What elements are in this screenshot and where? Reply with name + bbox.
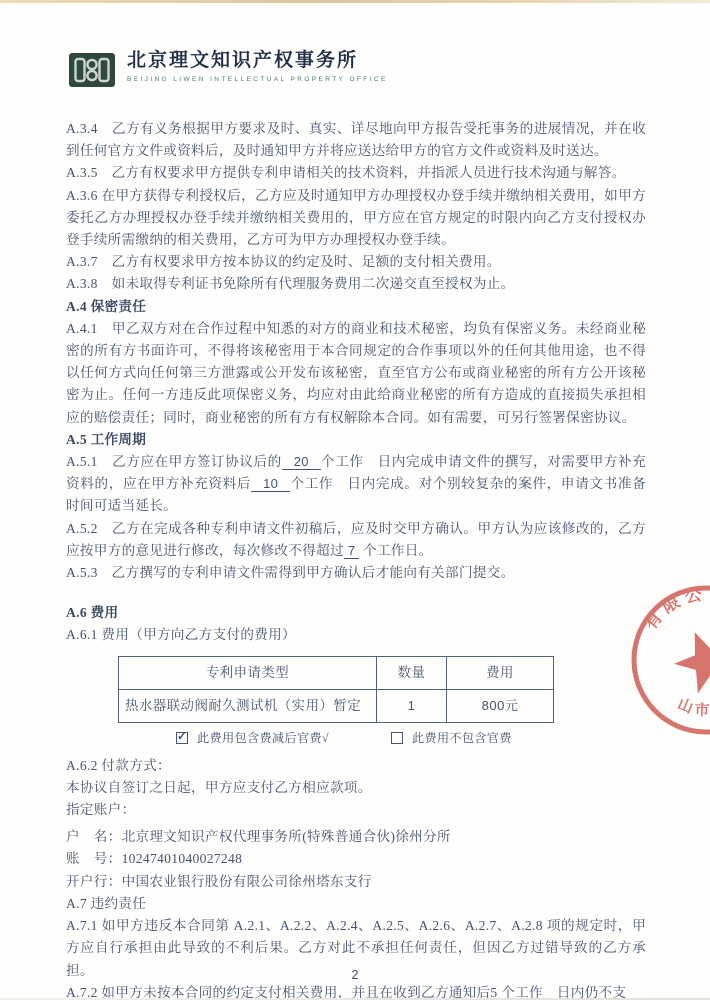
text-run: A.3.8 如未取得专利证书免除所有代理服务费用二次递交直至授权为止。	[66, 276, 515, 291]
clause-a-3-6: A.3.6 在甲方获得专利授权后，乙方应及时通知甲方办理授权办登手续并缴纳相关费…	[66, 185, 646, 252]
document-body: A.3.4 乙方有义务根据甲方要求及时、真实、详尽地向甲方报告受托事务的进展情况…	[66, 118, 646, 1000]
letterhead: 北京理文知识产权事务所 BEIJING LIWEN INTELLECTUAL P…	[68, 50, 388, 88]
fee-table-cell: 800元	[447, 689, 554, 722]
fee-table-header: 专利申请类型	[119, 656, 377, 689]
text-run: A.3.5 乙方有权要求甲方提供专利申请相关的技术资料，并指派人员进行技术沟通与…	[66, 165, 626, 180]
text-run: A.3.4 乙方有义务根据甲方要求及时、真实、详尽地向甲方报告受托事务的进展情况…	[66, 121, 646, 158]
clause-a-4-1: A.4.1 甲乙双方对在合作过程中知悉的对方的商业和技术秘密，均负有保密义务。未…	[66, 318, 646, 429]
fee-table-header: 数量	[377, 656, 447, 689]
fee-option: 此费用不包含官费	[391, 730, 512, 746]
checked-checkbox-icon	[176, 732, 188, 744]
fee-table-row: 热水器联动阀耐久测试机（实用）暂定1800元	[119, 689, 554, 722]
filled-blank-value: 20	[282, 454, 321, 470]
clause-a-6-1: A.6.1 费用（甲方向乙方支付的费用）	[66, 624, 646, 646]
fee-checkboxes: 此费用包含费减后官费√此费用不包含官费	[176, 730, 646, 746]
text-run: A.3.6 在甲方获得专利授权后，乙方应及时通知甲方办理授权办登手续并缴纳相关费…	[66, 188, 646, 247]
text-run: 本协议自签订之日起，甲方应支付乙方相应款项。	[66, 780, 372, 795]
text-run: A.6 费用	[66, 605, 118, 620]
liwen-logo-icon	[68, 52, 116, 88]
letterhead-text: 北京理文知识产权事务所 BEIJING LIWEN INTELLECTUAL P…	[127, 50, 388, 83]
fee-option: 此费用包含费减后官费√	[176, 730, 329, 746]
para-account-bank: 开户行：中国农业银行股份有限公司徐州塔东支行	[66, 871, 646, 893]
clause-a-3-4: A.3.4 乙方有义务根据甲方要求及时、真实、详尽地向甲方报告受托事务的进展情况…	[66, 118, 646, 162]
clause-a-3-7: A.3.7 乙方有权要求甲方按本协议的约定及时、足额的支付相关费用。	[66, 251, 646, 273]
text-run: A.4 保密责任	[66, 299, 146, 314]
text-run: A.5.3 乙方撰写的专利申请文件需得到甲方确认后才能向有关部门提交。	[66, 565, 515, 580]
text-run: A.4.1 甲乙双方对在合作过程中知悉的对方的商业和技术秘密，均负有保密义务。未…	[66, 321, 646, 425]
seal-text-bottom: 山市	[671, 685, 710, 732]
text-run: A.3.7 乙方有权要求甲方按本协议的约定及时、足额的支付相关费用。	[66, 254, 501, 269]
para-account-number: 账 号：10247401040027248	[66, 848, 646, 870]
fee-table-cell: 热水器联动阀耐久测试机（实用）暂定	[119, 689, 377, 722]
text-run: A.5.1 乙方应在甲方签订协议后的	[66, 454, 282, 469]
svg-text:山市: 山市	[671, 685, 710, 732]
heading-a-5: A.5 工作周期	[66, 429, 646, 451]
org-name-en: BEIJING LIWEN INTELLECTUAL PROPERTY OFFI…	[127, 76, 388, 83]
clause-a-5-2: A.5.2 乙方在完成各种专利申请文件初稿后，应及时交甲方确认。甲方认为应该修改…	[66, 518, 646, 562]
fee-option-label: 此费用包含费减后官费√	[197, 730, 329, 746]
text-run: 指定账户：	[66, 802, 135, 817]
para-payment: 本协议自签订之日起，甲方应支付乙方相应款项。	[66, 777, 646, 799]
unchecked-checkbox-icon	[391, 732, 403, 744]
heading-a-6: A.6 费用	[66, 602, 646, 624]
para-account-name: 户 名：北京理文知识产权代理事务所(特殊普通合伙)徐州分所	[66, 826, 646, 848]
filled-blank-value: 7	[344, 543, 360, 559]
text-run: A.5 工作周期	[66, 432, 146, 447]
clause-a-3-8: A.3.8 如未取得专利证书免除所有代理服务费用二次递交直至授权为止。	[66, 273, 646, 295]
seal-star	[666, 621, 710, 698]
clause-a-5-3: A.5.3 乙方撰写的专利申请文件需得到甲方确认后才能向有关部门提交。	[66, 562, 646, 584]
text-run: A.6.2 付款方式：	[66, 758, 171, 773]
heading-a-4: A.4 保密责任	[66, 296, 646, 318]
text-run: 个工作日。	[359, 543, 432, 558]
page-number: 2	[0, 968, 710, 982]
filled-blank-value: 10	[251, 476, 290, 492]
fee-table-header: 费用	[447, 656, 554, 689]
clause-a-6-2: A.6.2 付款方式：	[66, 755, 646, 777]
clause-a-5-1: A.5.1 乙方应在甲方签订协议后的20个工作 日内完成申请文件的撰写，对需要甲…	[66, 451, 646, 518]
fee-option-label: 此费用不包含官费	[412, 730, 512, 746]
heading-a-7: A.7 违约责任	[66, 893, 646, 915]
text-run: A.6.1 费用（甲方向乙方支付的费用）	[66, 627, 296, 642]
fee-table-cell: 1	[377, 689, 447, 722]
fee-table: 专利申请类型数量费用热水器联动阀耐久测试机（实用）暂定1800元	[118, 656, 554, 723]
text-run: A.7 违约责任	[66, 896, 146, 911]
clause-a-3-5: A.3.5 乙方有权要求甲方提供专利申请相关的技术资料，并指派人员进行技术沟通与…	[66, 162, 646, 184]
scanned-contract-page: 北京理文知识产权事务所 BEIJING LIWEN INTELLECTUAL P…	[0, 0, 710, 1000]
text-run: 账 号：10247401040027248	[66, 851, 242, 866]
text-run: 户 名：北京理文知识产权代理事务所(特殊普通合伙)徐州分所	[66, 829, 451, 844]
para-account-label: 指定账户：	[66, 799, 646, 821]
org-name-cn: 北京理文知识产权事务所	[127, 50, 388, 72]
scan-edge-top	[0, 0, 710, 3]
text-run: 开户行：中国农业银行股份有限公司徐州塔东支行	[66, 874, 372, 889]
